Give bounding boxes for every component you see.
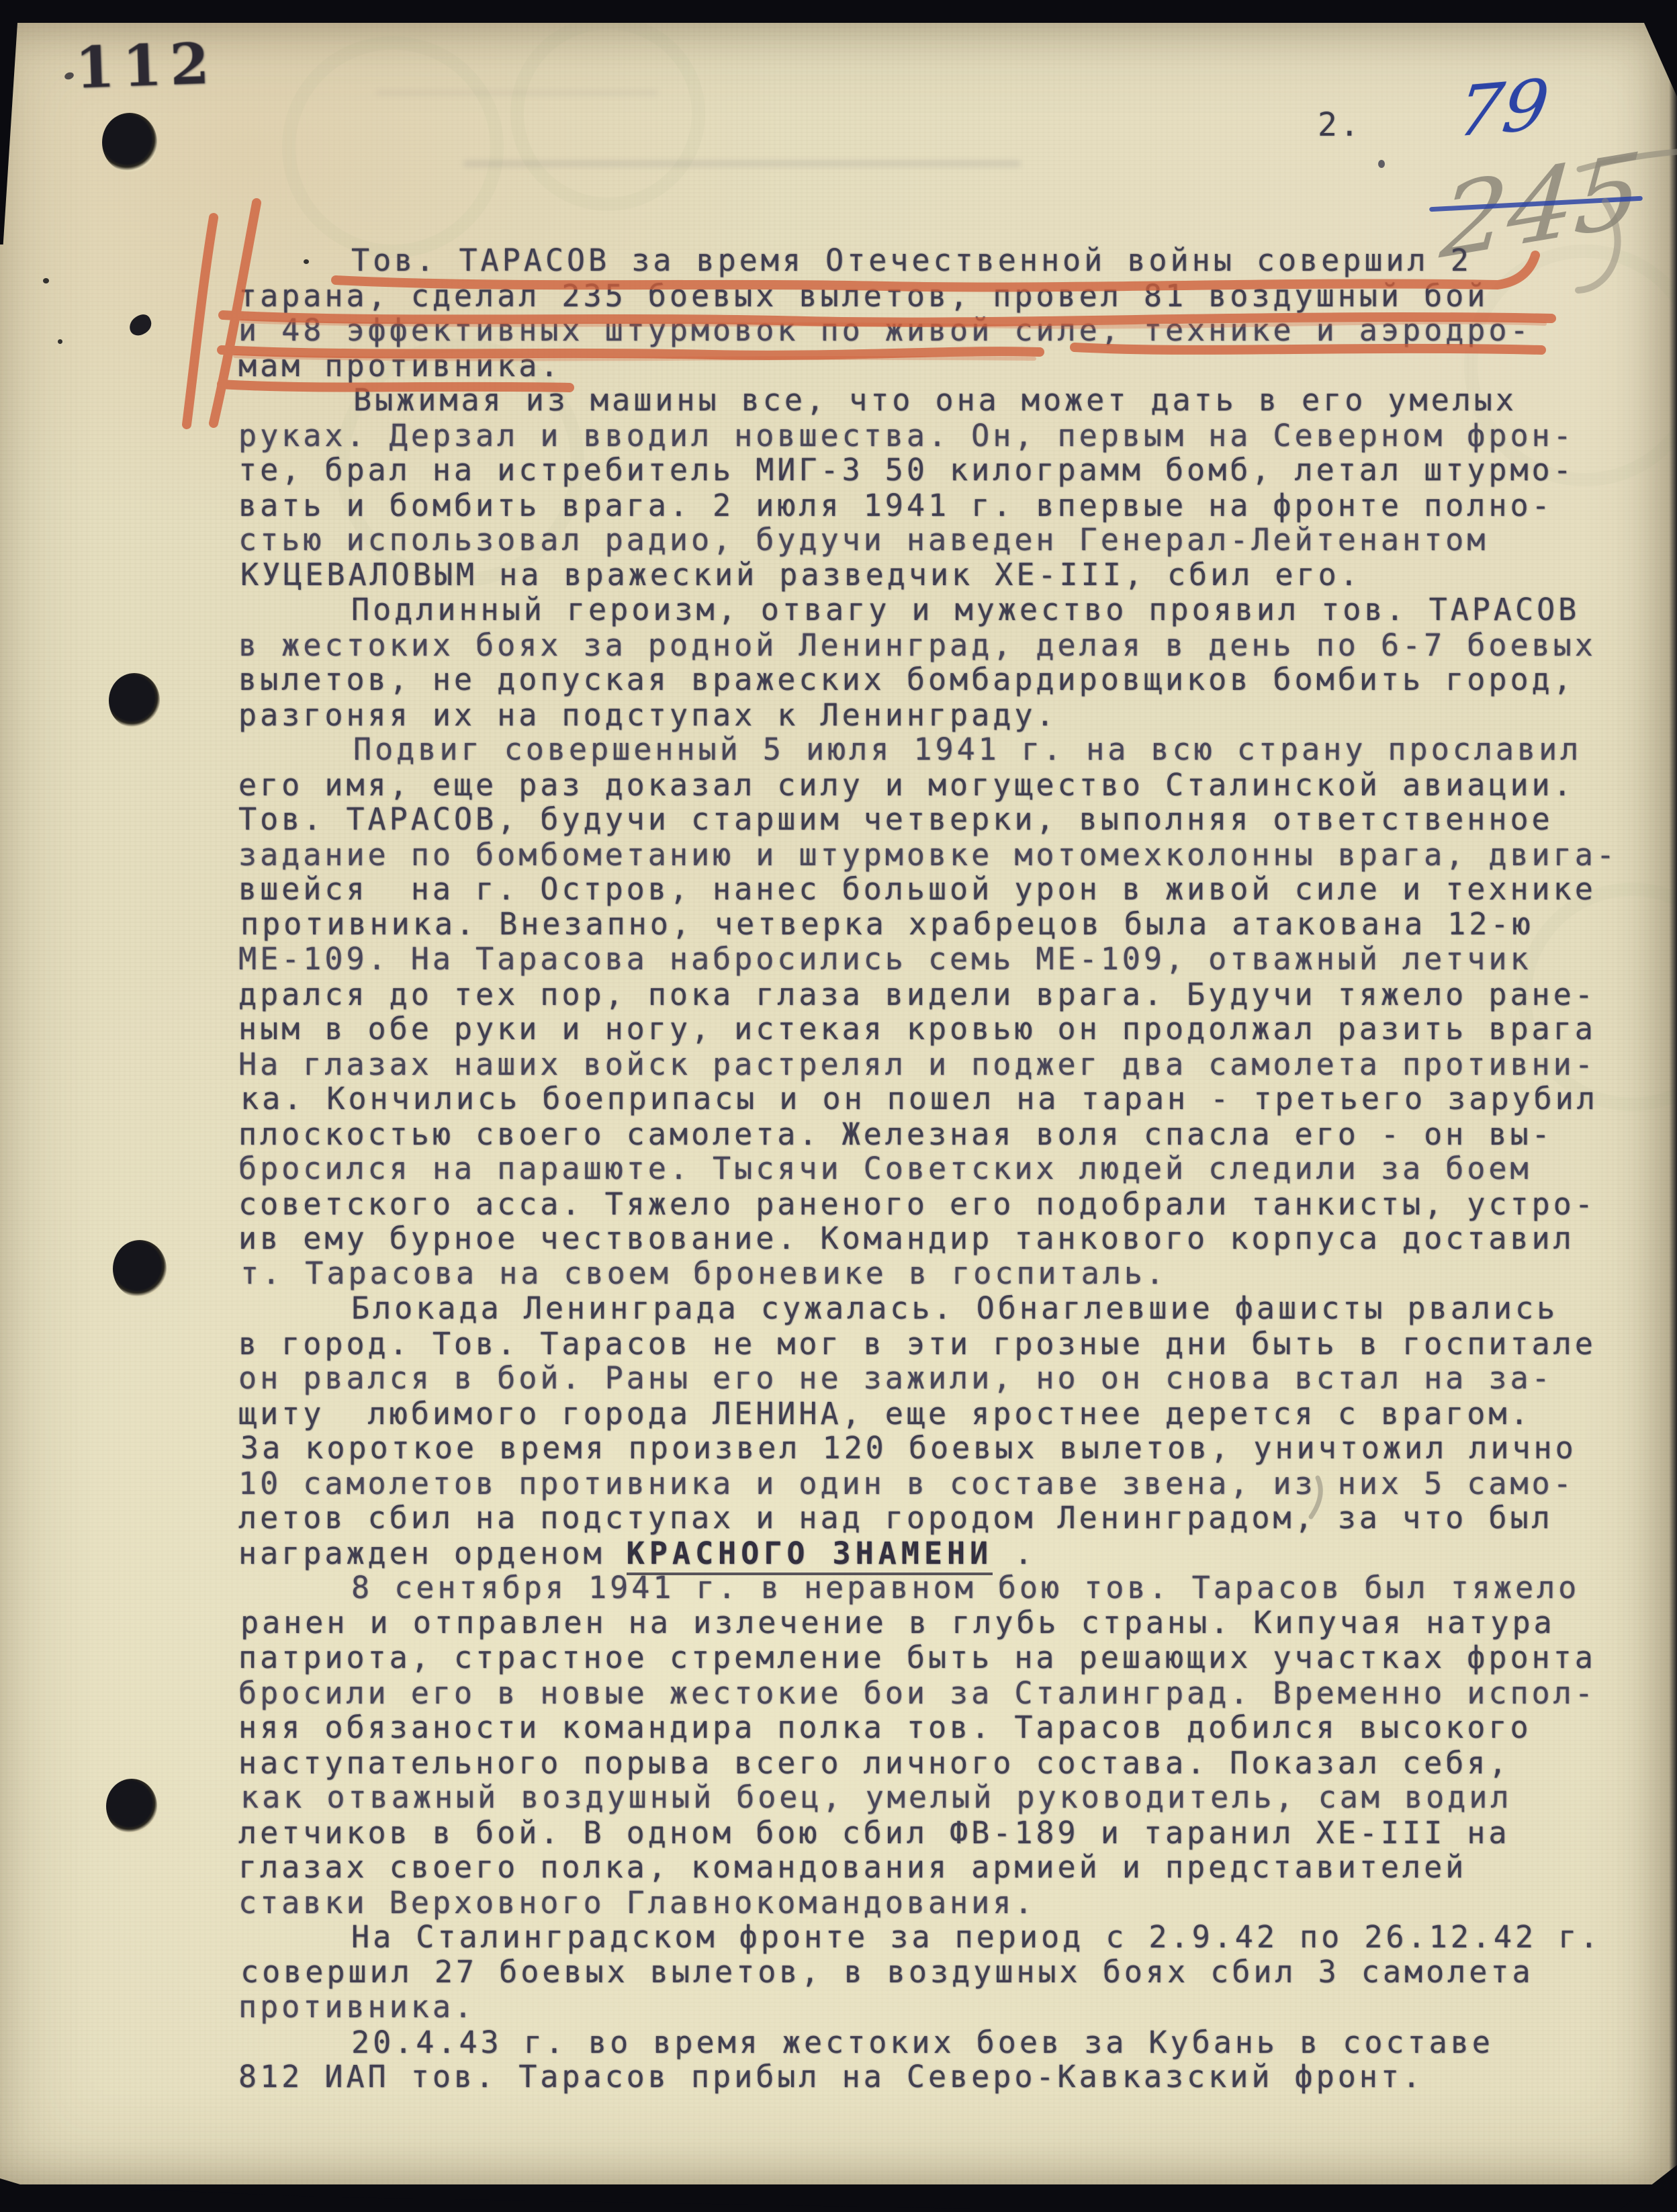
watermark-circle (510, 16, 705, 211)
typed-line: плоскостью своего самолета. Железная вол… (238, 1117, 1642, 1152)
typed-line: и 48 эффективных штурмовок по живой силе… (238, 313, 1642, 348)
typed-line: разгоняя их на подступах к Ленинграду. (238, 698, 1642, 733)
ink-dot (1378, 160, 1385, 168)
typed-line: те, брал на истребитель МИГ-3 50 килогра… (238, 453, 1642, 488)
typed-line: вшейся на г. Остров, нанес большой урон … (238, 872, 1642, 907)
typed-line: Подвиг совершенный 5 июля 1941 г. на всю… (240, 732, 1644, 767)
smudge-mark (376, 90, 658, 95)
typed-line: МЕ-109. На Тарасова набросились семь МЕ-… (238, 942, 1642, 977)
typed-line: вылетов, не допуская вражеских бомбардир… (238, 662, 1642, 697)
scan-edge (1669, 23, 1677, 2212)
scanned-page: 112 2. 245 79 Тов. ТАРАСОВ за время Отеч… (0, 0, 1677, 2212)
typed-line: задание по бомбометанию и штурмовке мото… (238, 838, 1642, 873)
typed-line: 20.4.43 г. во время жестоких боев за Куб… (238, 2025, 1642, 2060)
typed-line: он рвался в бой. Раны его не зажили, но … (238, 1361, 1642, 1396)
typed-line: руках. Дерзал и вводил новшества. Он, пе… (238, 418, 1642, 453)
typed-line: глазах своего полка, командования армией… (238, 1850, 1642, 1885)
typed-line: Подлинный героизм, отвагу и мужество про… (238, 592, 1642, 627)
typed-page-number: 2. (1318, 106, 1362, 144)
punch-hole (109, 673, 160, 728)
typed-line: летов сбил на подступах и над городом Ле… (238, 1501, 1642, 1536)
scan-edge (0, 0, 1677, 23)
punch-hole (102, 113, 157, 172)
typed-line: летчиков в бой. В одном бою сбил ФВ-189 … (238, 1816, 1642, 1851)
typed-line: патриота, страстное стремление быть на р… (238, 1640, 1642, 1675)
watermark-circle (282, 36, 504, 258)
typed-line: вать и бомбить врага. 2 июля 1941 г. впе… (238, 488, 1642, 523)
typed-line: бросили его в новые жестокие бои за Стал… (238, 1676, 1642, 1711)
typed-line: в жестоких боях за родной Ленинград, дел… (238, 628, 1642, 663)
typed-line: няя обязаности командира полка тов. Тара… (238, 1710, 1642, 1745)
typed-line: На глазах наших войск растрелял и поджег… (238, 1047, 1642, 1082)
archive-stamp-number: 112 (74, 30, 218, 101)
typed-line: ным в обе руки и ногу, истекая кровью он… (238, 1012, 1642, 1047)
typed-line: 812 ИАП тов. Тарасов прибыл на Северо-Ка… (238, 2060, 1642, 2094)
typed-line: советского асса. Тяжело раненого его под… (238, 1187, 1642, 1222)
typed-line: наступательного порыва всего личного сос… (238, 1746, 1642, 1781)
typed-line: ранен и отправлен на излечение в глубь с… (240, 1605, 1644, 1640)
ink-speck (43, 278, 49, 283)
typed-line: в город. Тов. Тарасов не мог в эти грозн… (238, 1327, 1642, 1362)
typed-line: ив ему бурное чествование. Командир танк… (238, 1221, 1642, 1256)
typed-line: КУЦЕВАЛОВЫМ на вражеский разведчик ХЕ-II… (240, 558, 1644, 592)
typed-line: противника. (238, 1990, 1642, 2025)
document-text: Тов. ТАРАСОВ за время Отечественной войн… (238, 243, 1642, 2094)
typed-line: награжден орденом КРАСНОГО ЗНАМЕНИ . (238, 1536, 1642, 1571)
typed-line: ставки Верховного Главнокомандования. (238, 1886, 1642, 1920)
typed-line: дрался до тех пор, пока глаза видели вра… (238, 977, 1642, 1012)
typed-line: Блокада Ленинграда сужалась. Обнаглевшие… (238, 1291, 1642, 1326)
handwritten-folio-number: 79 (1453, 63, 1553, 152)
typed-line: стью использовал радио, будучи наведен Г… (238, 523, 1642, 558)
typed-line: противника. Внезапно, четверка храбрецов… (240, 907, 1644, 942)
typed-line: Тов. ТАРАСОВ за время Отечественной войн… (238, 243, 1642, 278)
typed-line: совершил 27 боевых вылетов, в воздушных … (240, 1955, 1644, 1990)
typed-line: мам противника. (238, 349, 1642, 384)
typed-line: 8 сентября 1941 г. в неравном бою тов. Т… (238, 1570, 1642, 1605)
typed-line: Тов. ТАРАСОВ, будучи старшим четверки, в… (238, 802, 1642, 837)
typed-line: его имя, еще раз доказал силу и могущест… (238, 768, 1642, 803)
typed-line: ка. Кончились боеприпасы и он пошел на т… (240, 1081, 1644, 1116)
typed-line: как отважный воздушный боец, умелый руко… (240, 1780, 1644, 1815)
typed-line: За короткое время произвел 120 боевых вы… (240, 1431, 1644, 1466)
typed-line: щиту любимого города ЛЕНИНА, еще яростне… (238, 1397, 1642, 1431)
punch-hole (113, 1240, 167, 1298)
ink-speck (58, 339, 62, 344)
typed-line: т. Тарасова на своем броневике в госпита… (240, 1256, 1644, 1291)
typed-line: Выжимая из машины все, что она может дат… (240, 383, 1644, 418)
punch-hole (106, 1779, 157, 1834)
typed-line: бросился на парашюте. Тысячи Советских л… (238, 1151, 1642, 1186)
typed-line: тарана, сделал 235 боевых вылетов, прове… (238, 279, 1642, 314)
typed-line: 10 самолетов противника и один в составе… (238, 1466, 1642, 1501)
smudge-mark (463, 161, 1021, 167)
typed-line: На Сталинградском фронте за период с 2.9… (238, 1920, 1642, 1955)
